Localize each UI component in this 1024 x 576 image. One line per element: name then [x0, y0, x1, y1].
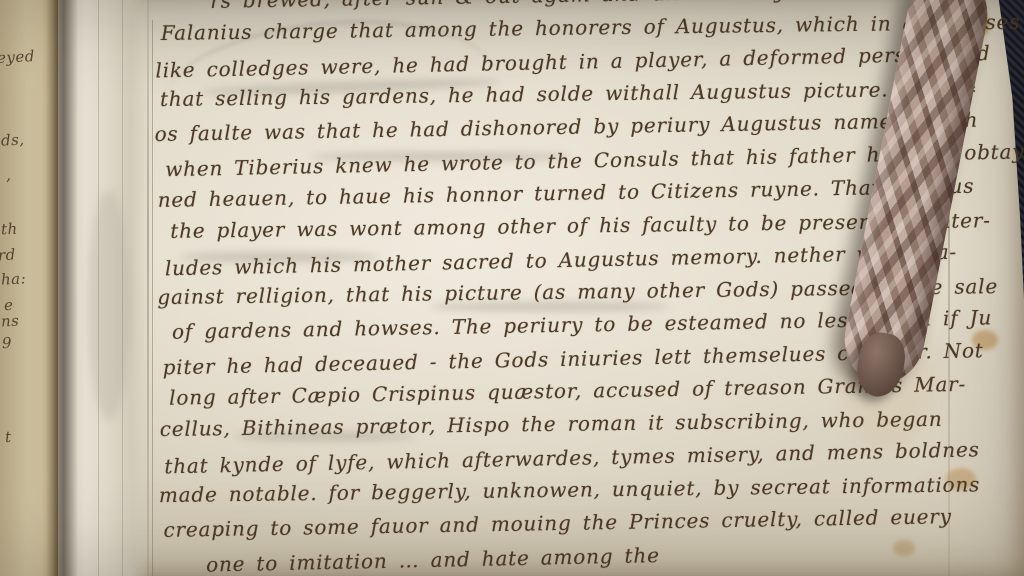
- margin-rule-line: [152, 20, 153, 576]
- facing-page-text-fragment: 9: [2, 334, 13, 353]
- facing-page-text-fragment: t: [5, 428, 12, 446]
- page-gutter-shadow: [46, 0, 78, 576]
- facing-page-text-fragment: th: [1, 220, 19, 239]
- facing-page-text-fragment: ,: [6, 166, 12, 184]
- facing-page-text-fragment: rd: [0, 246, 16, 265]
- page-fold-line: [147, 0, 149, 576]
- facing-page-text-fragment: eyed: [0, 47, 35, 67]
- manuscript-photo: rs brewed, after sun & out agam and all …: [0, 0, 1024, 576]
- facing-page-text-fragment: ns: [1, 312, 20, 331]
- facing-page-text-fragment: ds,: [1, 130, 25, 149]
- facing-page-text-fragment: ha:: [1, 269, 27, 288]
- ink-bleed-smudge: [88, 190, 130, 420]
